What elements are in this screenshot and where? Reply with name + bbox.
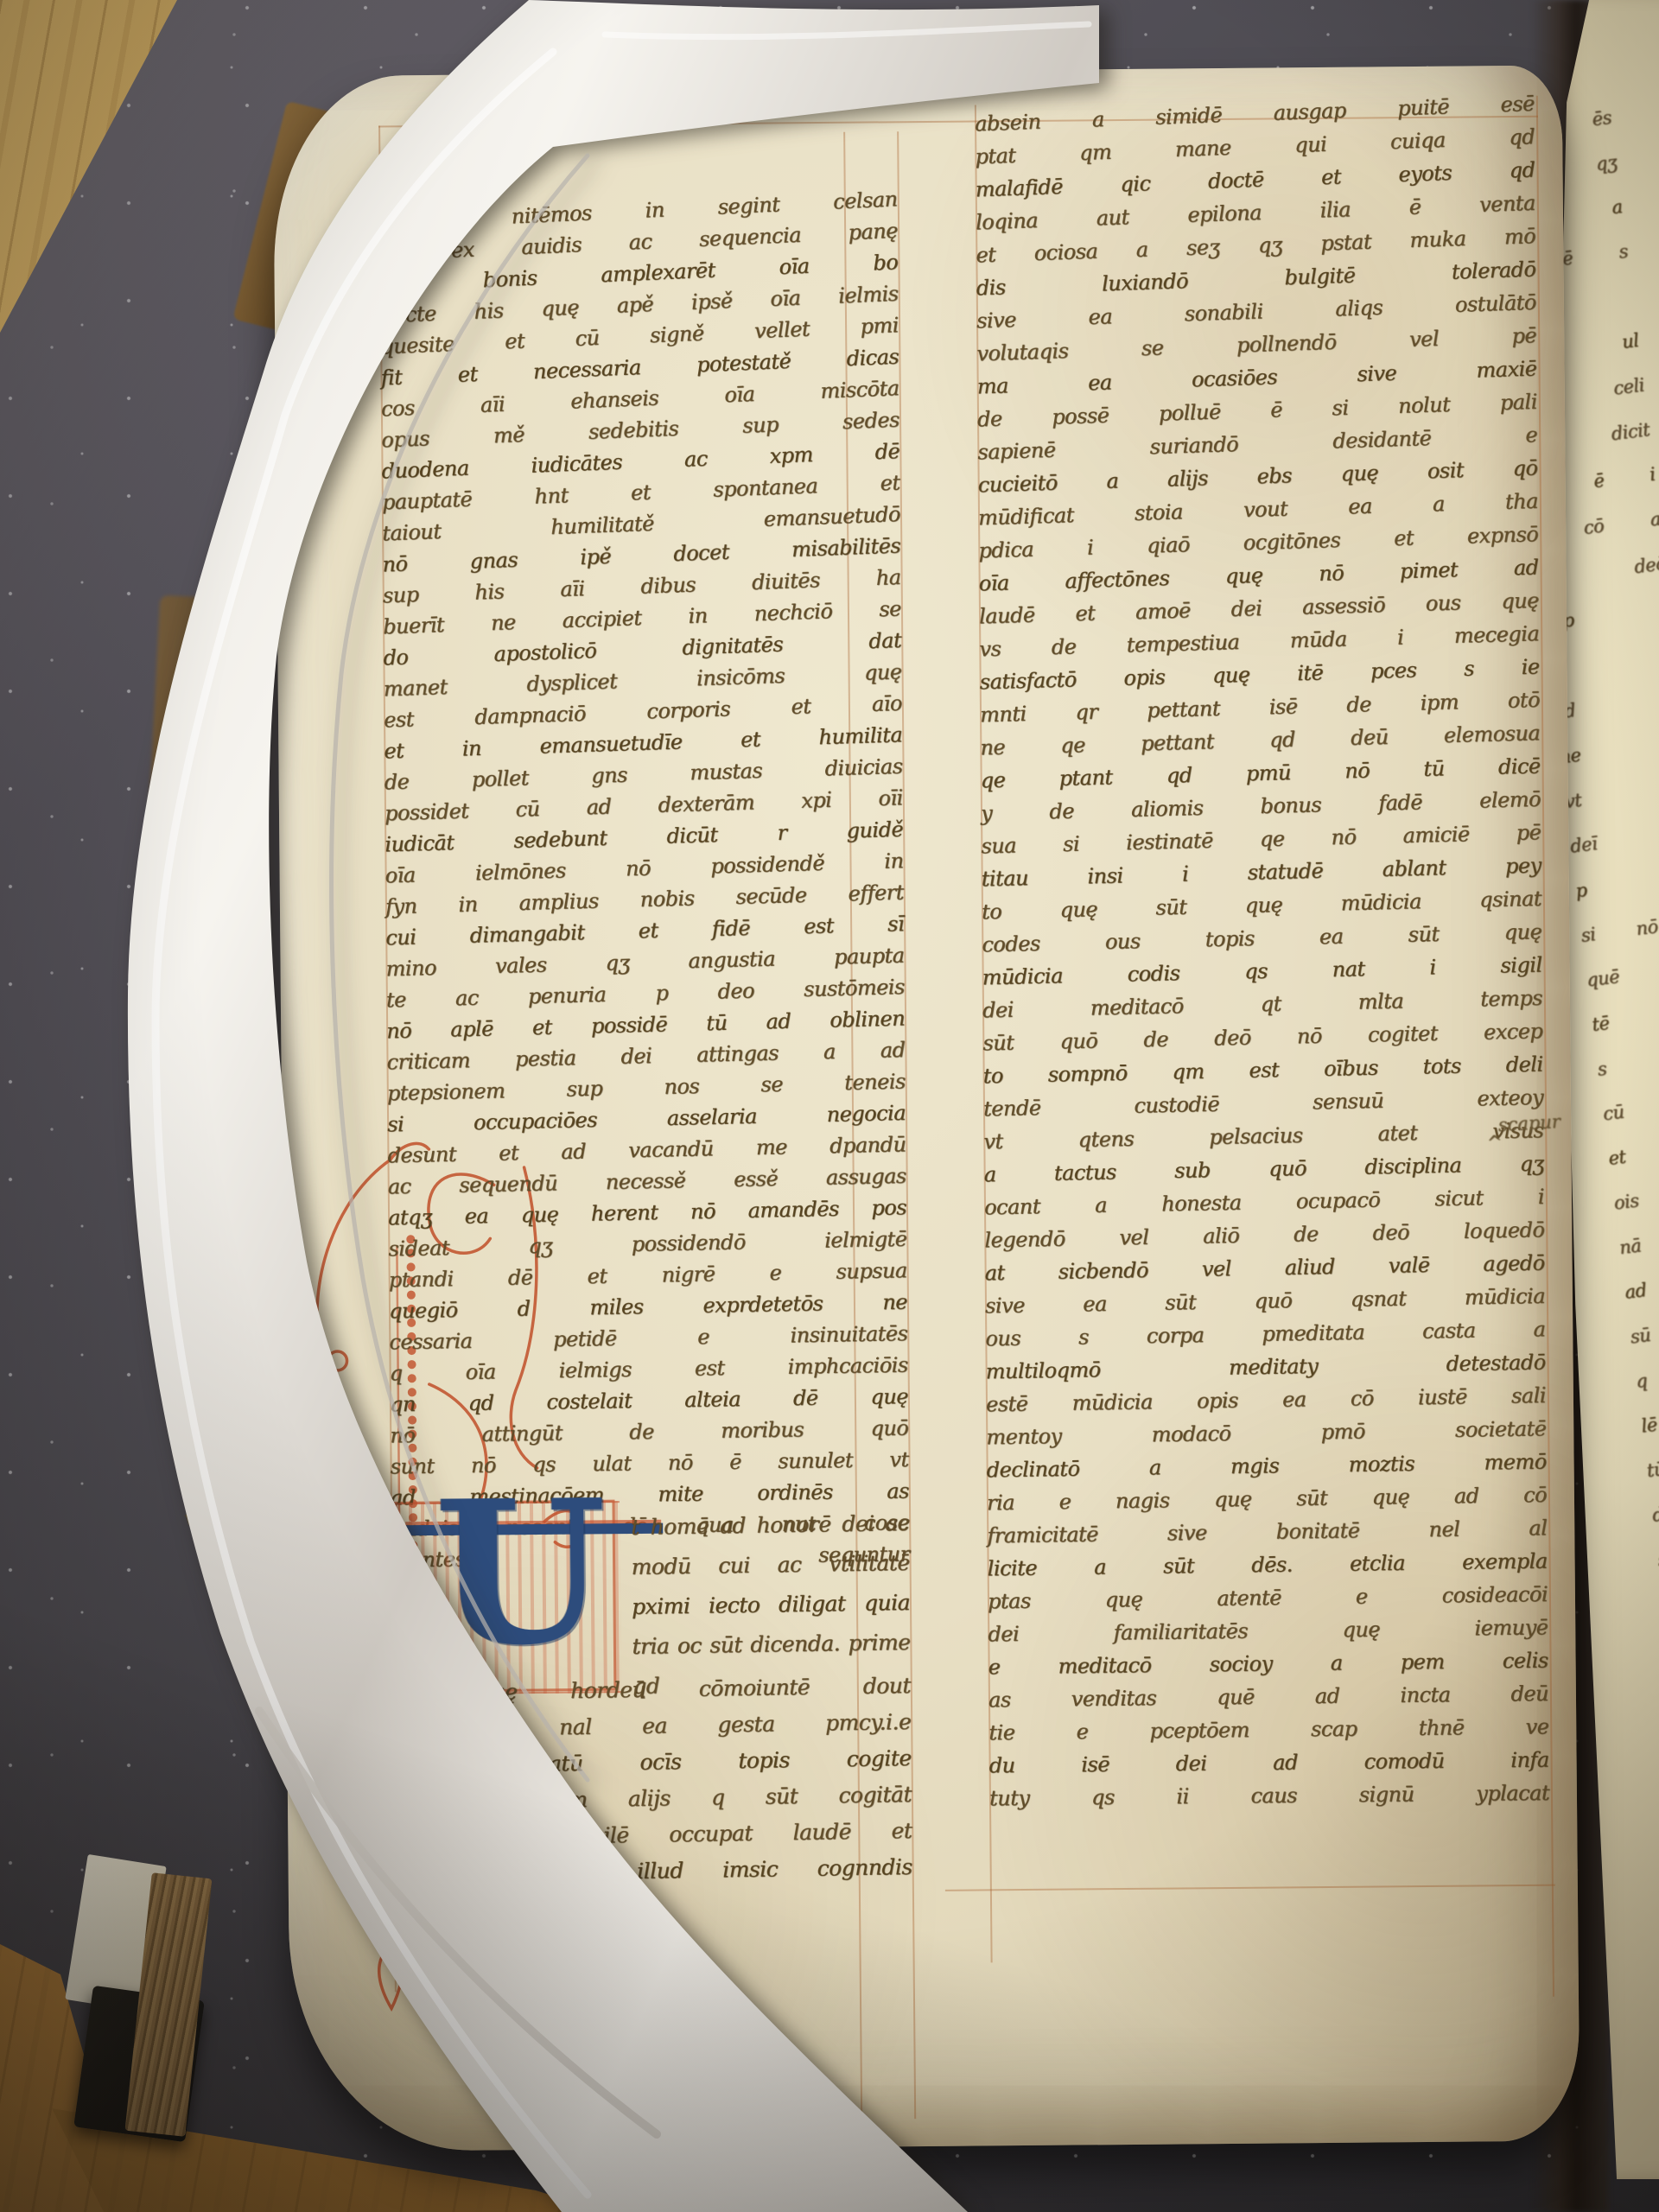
initial-letter-U: U	[409, 1473, 633, 1672]
photograph-of-manuscript: qs ēsta qʒtutē ato ē semplēmā ulam celiq…	[0, 0, 1659, 2212]
decorated-initial-panel: U	[391, 1501, 621, 1694]
margin-note-left: qʒ infirmitates vite	[181, 1464, 333, 1534]
manuscript-text-line: t homē ad honorē dei ac	[631, 1503, 910, 1548]
ruling-line-bottom	[945, 1885, 1555, 1891]
margin-note-word: scapur	[1497, 1111, 1560, 1135]
manuscript-text-line: tria oc sūt dicenda. prime qd	[632, 1623, 911, 1667]
manuscript-text-line: modū cui ac vtilitatē	[631, 1543, 910, 1587]
margin-note-line: vite	[183, 1505, 222, 1530]
text-column-1: Difficile nitēmos in segint celsancū ex …	[379, 202, 910, 1575]
text-column-2: absein a simidē ausgap puitē esēptat qm …	[975, 103, 1549, 1815]
manuscript-text-line: tuty qs ii caus signū yplacat	[989, 1777, 1549, 1815]
manuscript-page: Difficile nitēmos in segint celsancū ex …	[273, 66, 1580, 2152]
manuscript-text-line: du isē dei ad comodū infa	[988, 1744, 1548, 1783]
manuscript-text-line: pximi iecto diligat quia	[632, 1583, 911, 1627]
text-column-1-beside-initial: t homē ad honorē dei acmodū cui ac vtili…	[631, 1505, 911, 1667]
text-column-1-below-initial: sūt quę hordeū cōmoiuntē doutea pita nal…	[392, 1671, 912, 1893]
manuscript-text-line: amōs dei sub illud imsic cognndis	[393, 1849, 912, 1893]
margin-note-right: scapur ^	[1497, 1111, 1562, 1153]
